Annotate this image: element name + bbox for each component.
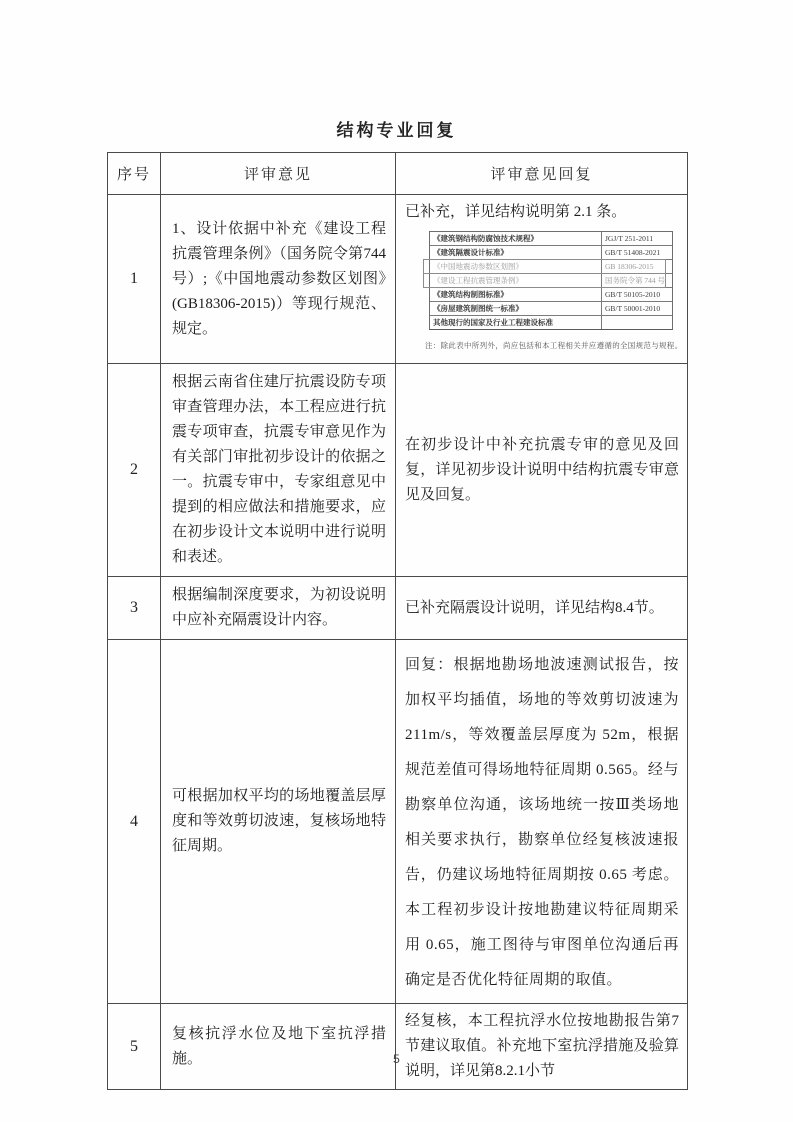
page-title: 结构专业回复 <box>0 116 793 141</box>
row-number: 2 <box>108 364 161 577</box>
standards-row: 《房屋建筑制图统一标准》 GB/T 50001-2010 <box>430 302 672 316</box>
header-reply: 评审意见回复 <box>396 153 688 195</box>
reply-text: 已补充，详见结构说明第 2.1 条。 <box>405 200 679 225</box>
review-comment: 复核抗浮水位及地下室抗浮措施。 <box>161 1004 396 1090</box>
table-row: 2 根据云南省住建厅抗震设防专项审查管理办法，本工程应进行抗震专项审查，抗震专审… <box>108 364 688 577</box>
row-number: 1 <box>108 195 161 364</box>
table-row: 5 复核抗浮水位及地下室抗浮措施。 经复核，本工程抗浮水位按地勘报告第7节建议取… <box>108 1004 688 1090</box>
standards-row-highlighted: 《建设工程抗震管理条例》 国务院令第 744 号 <box>430 274 672 288</box>
review-reply: 回复：根据地勘场地波速测试报告，按加权平均插值，场地的等效剪切波速为 211m/… <box>396 640 688 1004</box>
standard-name: 《建筑钢结构防腐蚀技术规程》 <box>430 232 602 245</box>
table-header-row: 序号 评审意见 评审意见回复 <box>108 153 688 195</box>
row-number: 4 <box>108 640 161 1004</box>
standard-name: 《建筑隔震设计标准》 <box>430 246 602 259</box>
standards-table-note: 注：除此表中所列外，尚应包括和本工程相关并应遵循的全国规范与规程。 <box>425 333 677 358</box>
standards-row-highlighted: 《中国地震动参数区划图》 GB 18306-2015 <box>430 260 672 274</box>
standard-code: 国务院令第 744 号 <box>602 274 672 287</box>
scanned-document-page: 结构专业回复 序号 评审意见 评审意见回复 1 1、设计依据中补充《建设工程抗震… <box>0 0 793 1122</box>
standard-name: 《中国地震动参数区划图》 <box>430 260 602 273</box>
standard-code: JGJ/T 251-2011 <box>602 232 672 245</box>
standard-name: 《建设工程抗震管理条例》 <box>430 274 602 287</box>
table-row: 3 根据编制深度要求，为初设说明中应补充隔震设计内容。 已补充隔震设计说明，详见… <box>108 577 688 640</box>
standard-code: GB/T 51408-2021 <box>602 246 672 259</box>
page-number: 5 <box>0 1052 793 1066</box>
row-number: 5 <box>108 1004 161 1090</box>
review-comment: 1、设计依据中补充《建设工程抗震管理条例》（国务院令第744号）;《中国地震动参… <box>161 195 396 364</box>
review-comment: 根据云南省住建厅抗震设防专项审查管理办法，本工程应进行抗震专项审查，抗震专审意见… <box>161 364 396 577</box>
standard-code: GB 18306-2015 <box>602 260 672 273</box>
review-reply: 已补充，详见结构说明第 2.1 条。 《建筑钢结构防腐蚀技术规程》 JGJ/T … <box>396 195 688 364</box>
standard-name: 其他现行的国家及行业工程建设标准 <box>430 316 602 329</box>
embedded-standards-table: 《建筑钢结构防腐蚀技术规程》 JGJ/T 251-2011 《建筑隔震设计标准》… <box>429 231 673 330</box>
standard-name: 《房屋建筑制图统一标准》 <box>430 302 602 315</box>
table-row: 1 1、设计依据中补充《建设工程抗震管理条例》（国务院令第744号）;《中国地震… <box>108 195 688 364</box>
standards-row: 《建筑隔震设计标准》 GB/T 51408-2021 <box>430 246 672 260</box>
standard-code: GB/T 50105-2010 <box>602 288 672 301</box>
review-comment: 可根据加权平均的场地覆盖层厚度和等效剪切波速，复核场地特征周期。 <box>161 640 396 1004</box>
review-reply: 经复核，本工程抗浮水位按地勘报告第7节建议取值。补充地下室抗浮措施及验算说明，详… <box>396 1004 688 1090</box>
header-comment: 评审意见 <box>161 153 396 195</box>
standards-row: 《建筑结构制图标准》 GB/T 50105-2010 <box>430 288 672 302</box>
standard-code: GB/T 50001-2010 <box>602 302 672 315</box>
standard-code <box>602 316 672 329</box>
table-row: 4 可根据加权平均的场地覆盖层厚度和等效剪切波速，复核场地特征周期。 回复：根据… <box>108 640 688 1004</box>
review-reply: 已补充隔震设计说明，详见结构8.4节。 <box>396 577 688 640</box>
header-number: 序号 <box>108 153 161 195</box>
standards-row: 《建筑钢结构防腐蚀技术规程》 JGJ/T 251-2011 <box>430 232 672 246</box>
review-comment: 根据编制深度要求，为初设说明中应补充隔震设计内容。 <box>161 577 396 640</box>
row-number: 3 <box>108 577 161 640</box>
review-reply: 在初步设计中补充抗震专审的意见及回复，详见初步设计说明中结构抗震专审意见及回复。 <box>396 364 688 577</box>
standard-name: 《建筑结构制图标准》 <box>430 288 602 301</box>
review-reply-table: 序号 评审意见 评审意见回复 1 1、设计依据中补充《建设工程抗震管理条例》（国… <box>107 152 688 1090</box>
standards-row: 其他现行的国家及行业工程建设标准 <box>430 316 672 329</box>
